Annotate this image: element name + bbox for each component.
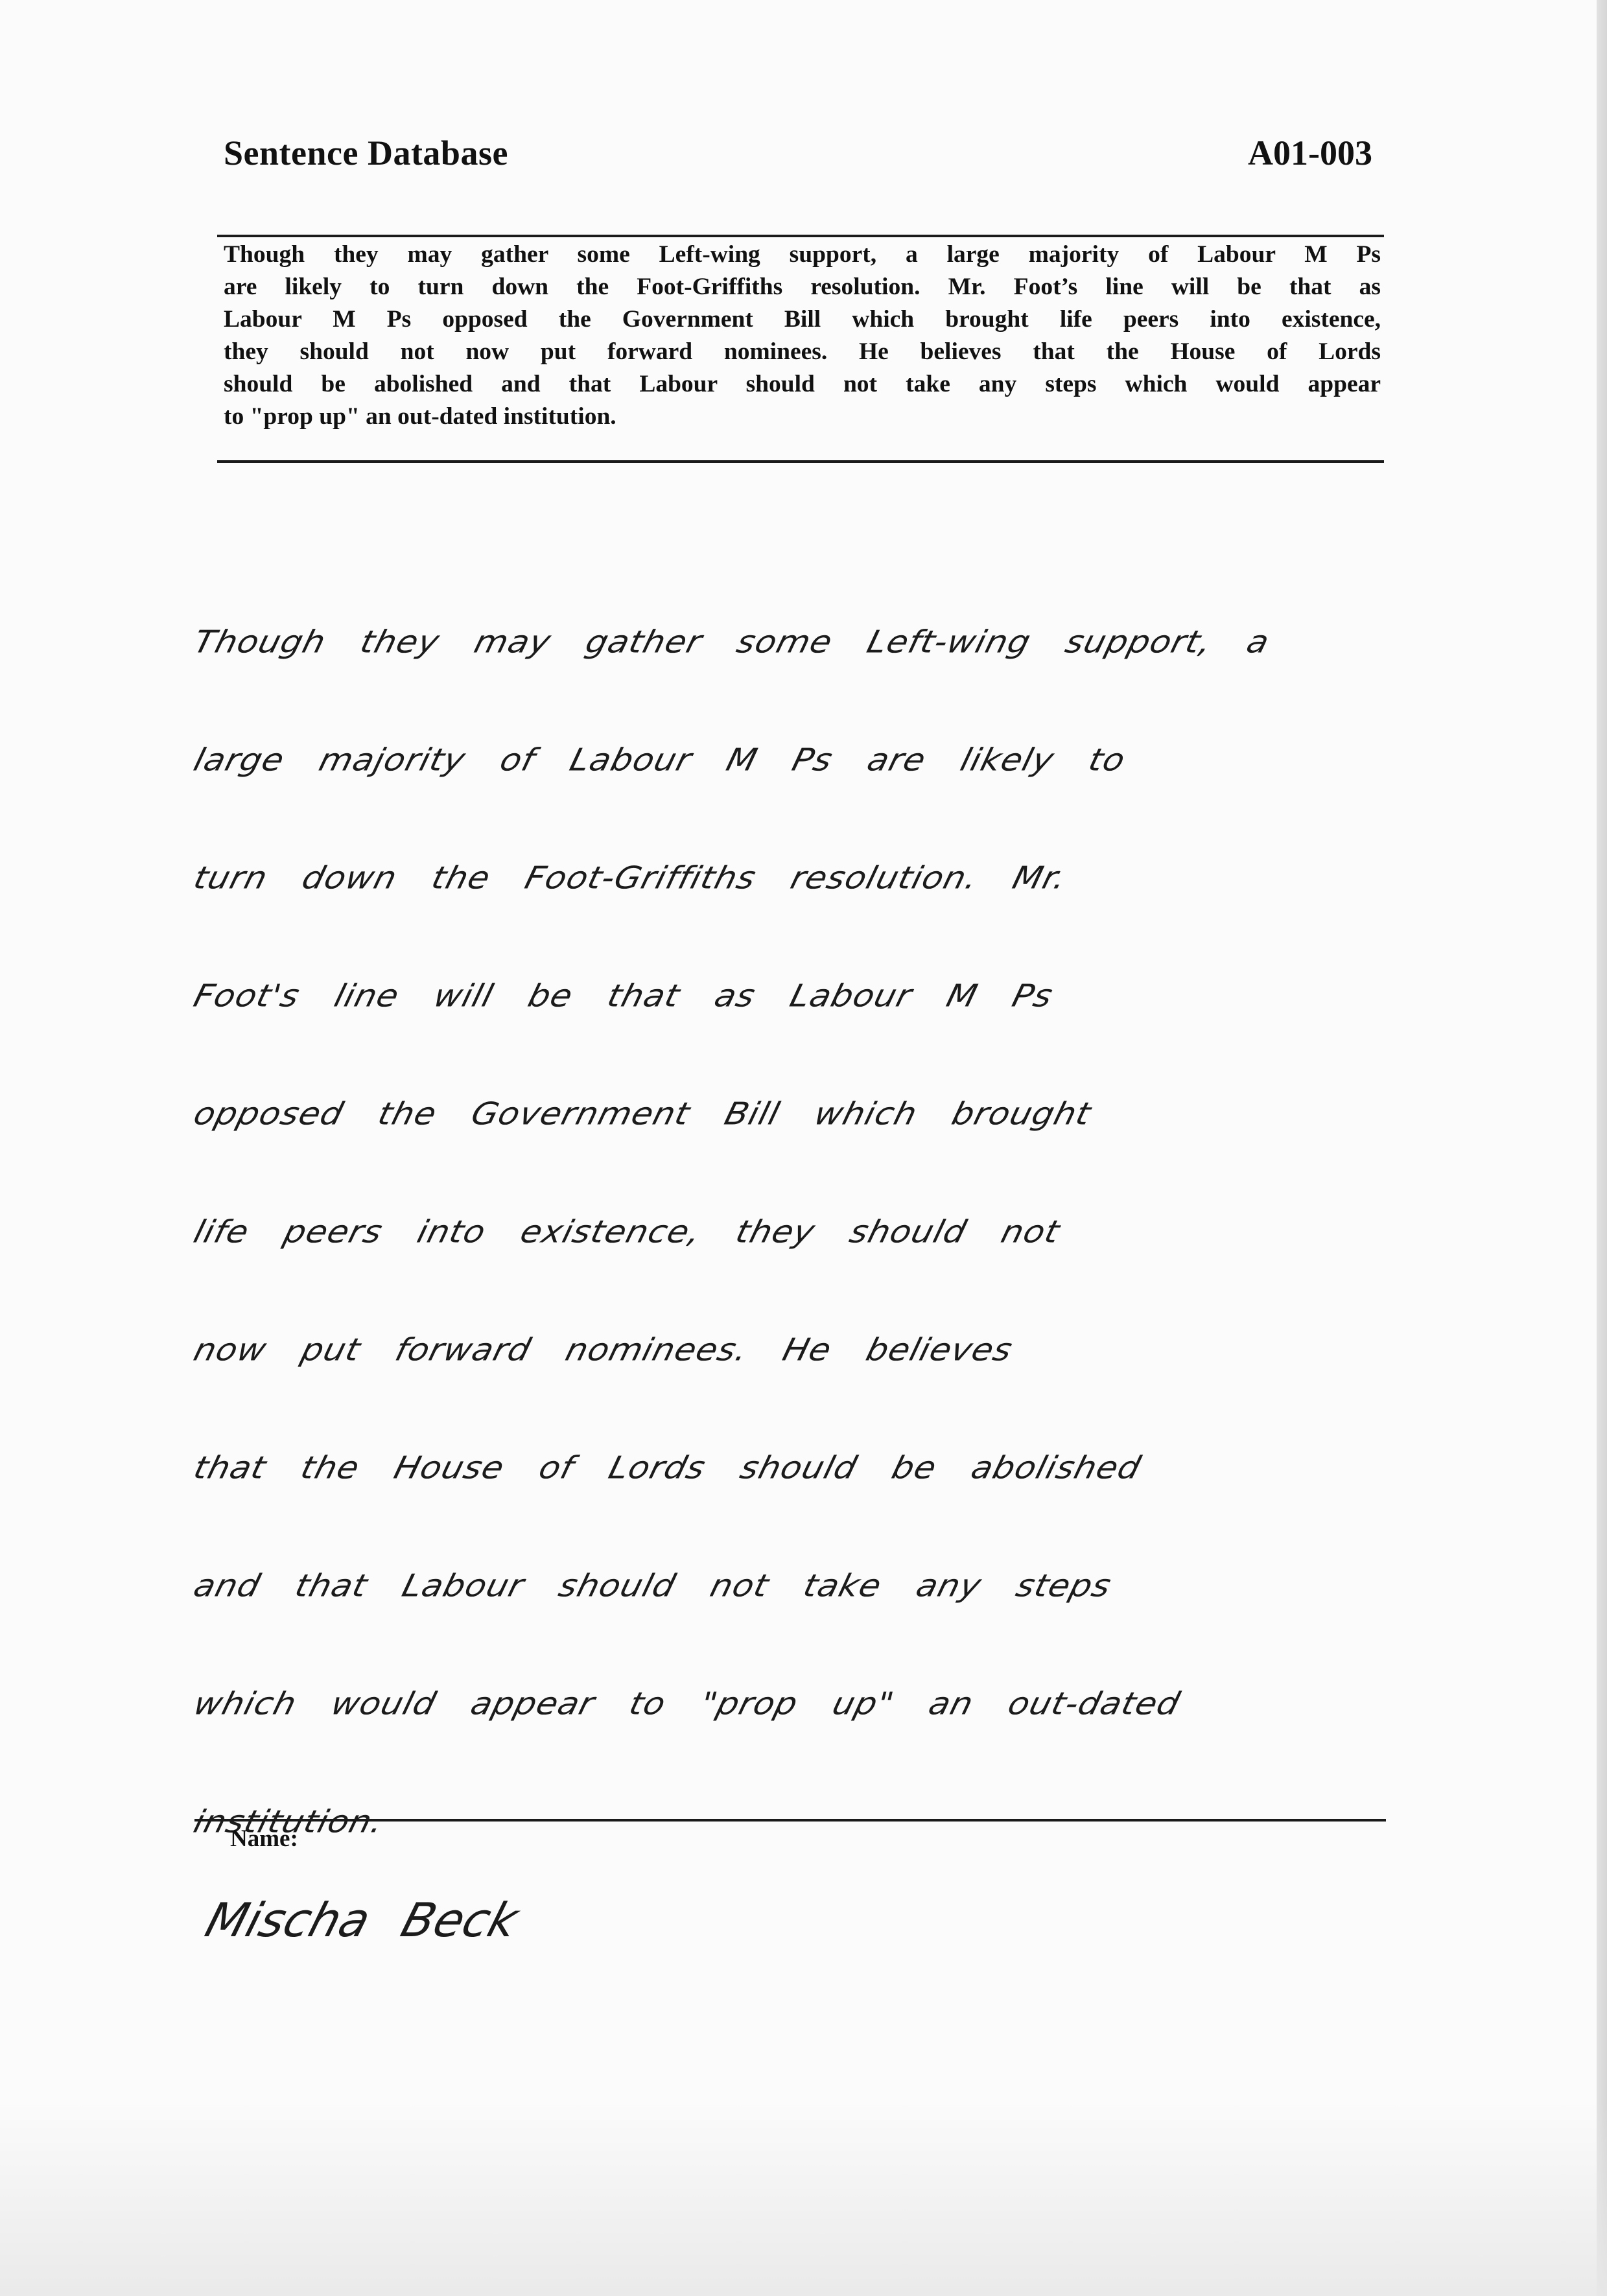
name-divider <box>194 1819 1386 1822</box>
handwritten-line: institution. <box>181 1768 1414 1876</box>
handwritten-line: which would appear to "prop up" an out-d… <box>181 1650 1414 1758</box>
printed-line: Labour M Ps opposed the Government Bill … <box>224 303 1381 336</box>
form-id: A01-003 <box>1248 133 1372 173</box>
handwritten-line: and that Labour should not take any step… <box>181 1532 1414 1640</box>
printed-line: to "prop up" an out-dated institution. <box>224 401 1381 433</box>
handwritten-line: opposed the Government Bill which brough… <box>181 1060 1414 1168</box>
handwritten-line: now put forward nominees. He believes <box>181 1296 1414 1404</box>
handwritten-line: life peers into existence, they should n… <box>181 1178 1414 1286</box>
top-divider <box>217 235 1384 237</box>
name-label: Name: <box>230 1825 298 1853</box>
printed-line: they should not now put forward nominees… <box>224 336 1381 368</box>
printed-line: Though they may gather some Left-wing su… <box>224 239 1381 271</box>
printed-paragraph: Though they may gather some Left-wing su… <box>224 239 1381 433</box>
printed-line: should be abolished and that Labour shou… <box>224 368 1381 401</box>
handwritten-line: Foot's line will be that as Labour M Ps <box>181 942 1414 1050</box>
signature: Mischa Beck <box>200 1893 524 1947</box>
paper-edge <box>1597 0 1607 2296</box>
handwritten-paragraph: Though they may gather some Left-wing su… <box>194 583 1400 1881</box>
scan-shading <box>0 2102 1607 2296</box>
form-title: Sentence Database <box>224 133 508 173</box>
printed-divider <box>217 460 1384 463</box>
handwritten-line: that the House of Lords should be abolis… <box>181 1414 1414 1522</box>
printed-line: are likely to turn down the Foot-Griffit… <box>224 271 1381 303</box>
handwritten-line: large majority of Labour M Ps are likely… <box>181 706 1414 814</box>
handwritten-line: turn down the Foot-Griffiths resolution.… <box>181 824 1414 932</box>
handwritten-line: Though they may gather some Left-wing su… <box>181 588 1414 696</box>
